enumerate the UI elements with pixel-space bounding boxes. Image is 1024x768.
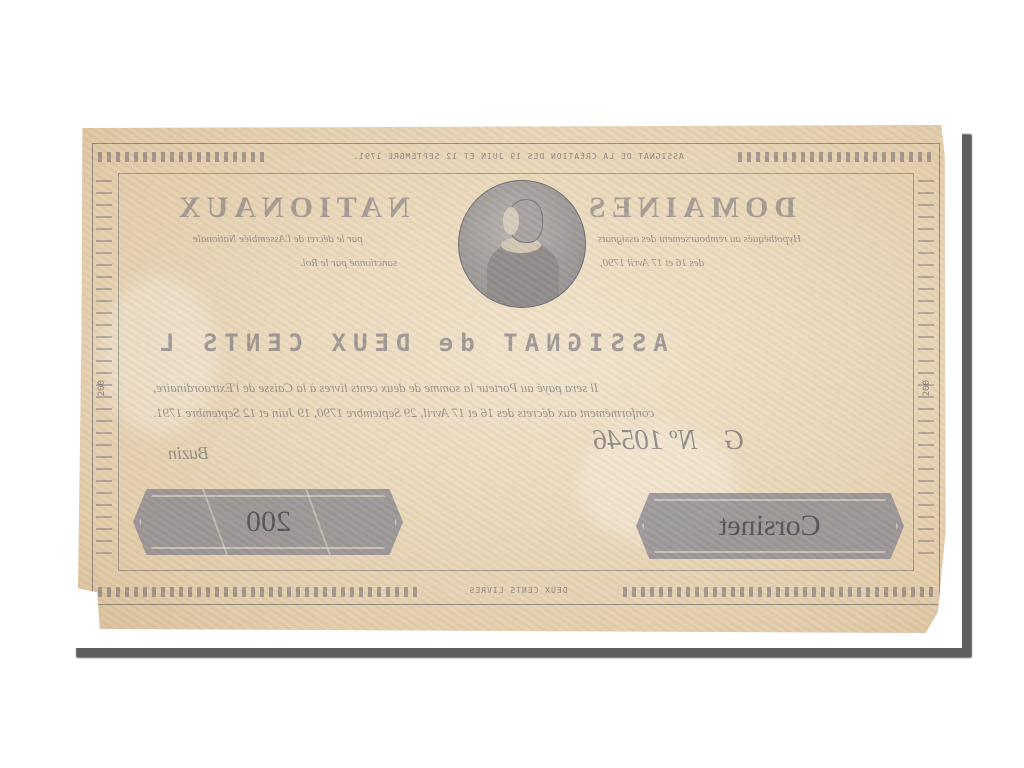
subtitle-line: des 16 et 17 Avril 1790, bbox=[600, 257, 704, 269]
subtitle-line: par le décret de l'Assemblée Nationale bbox=[193, 233, 363, 245]
top-ornament bbox=[738, 152, 933, 162]
side-value-right: 200 bbox=[922, 380, 932, 396]
body-text-line: conformément aux décrets des 16 et 17 Av… bbox=[153, 405, 654, 421]
inner-frame bbox=[118, 173, 914, 571]
paper-stain bbox=[98, 275, 218, 435]
outer-frame bbox=[92, 143, 940, 605]
bottom-ornament bbox=[98, 587, 418, 597]
subtitle-line: Hypothéqués au remboursement des assigna… bbox=[598, 233, 801, 245]
heading-assignat: ASSIGNAT de DEUX CENTS L bbox=[153, 329, 853, 357]
top-ornament bbox=[98, 152, 268, 162]
top-border-text: ASSIGNAT DE LA CRÉATION DES 19 JUIN ET 1… bbox=[218, 152, 818, 161]
portrait-medallion bbox=[458, 180, 586, 308]
bottom-ornament bbox=[623, 587, 933, 597]
signature: Buzin bbox=[168, 443, 209, 464]
title-domaines: DOMAINES bbox=[583, 191, 796, 225]
title-nationaux: NATIONAUX bbox=[173, 191, 410, 225]
banknote: ASSIGNAT DE LA CRÉATION DES 19 JUIN ET 1… bbox=[78, 125, 950, 633]
body-text-line: Il sera payé au Porteur la somme de deux… bbox=[153, 380, 598, 396]
right-side-ornament bbox=[918, 180, 934, 563]
side-value-left: 200 bbox=[97, 380, 107, 396]
paper-stain bbox=[578, 425, 738, 545]
bottom-border-text: DEUX CENTS LIVRES bbox=[418, 586, 618, 595]
serial-number: Nº 10546 G bbox=[593, 425, 745, 457]
denomination-box-right: Corsinet bbox=[636, 493, 904, 559]
denomination-box-left: 200 bbox=[133, 489, 403, 555]
subtitle-line: sanctionné par le Roi. bbox=[300, 257, 397, 269]
left-side-ornament bbox=[96, 180, 112, 563]
